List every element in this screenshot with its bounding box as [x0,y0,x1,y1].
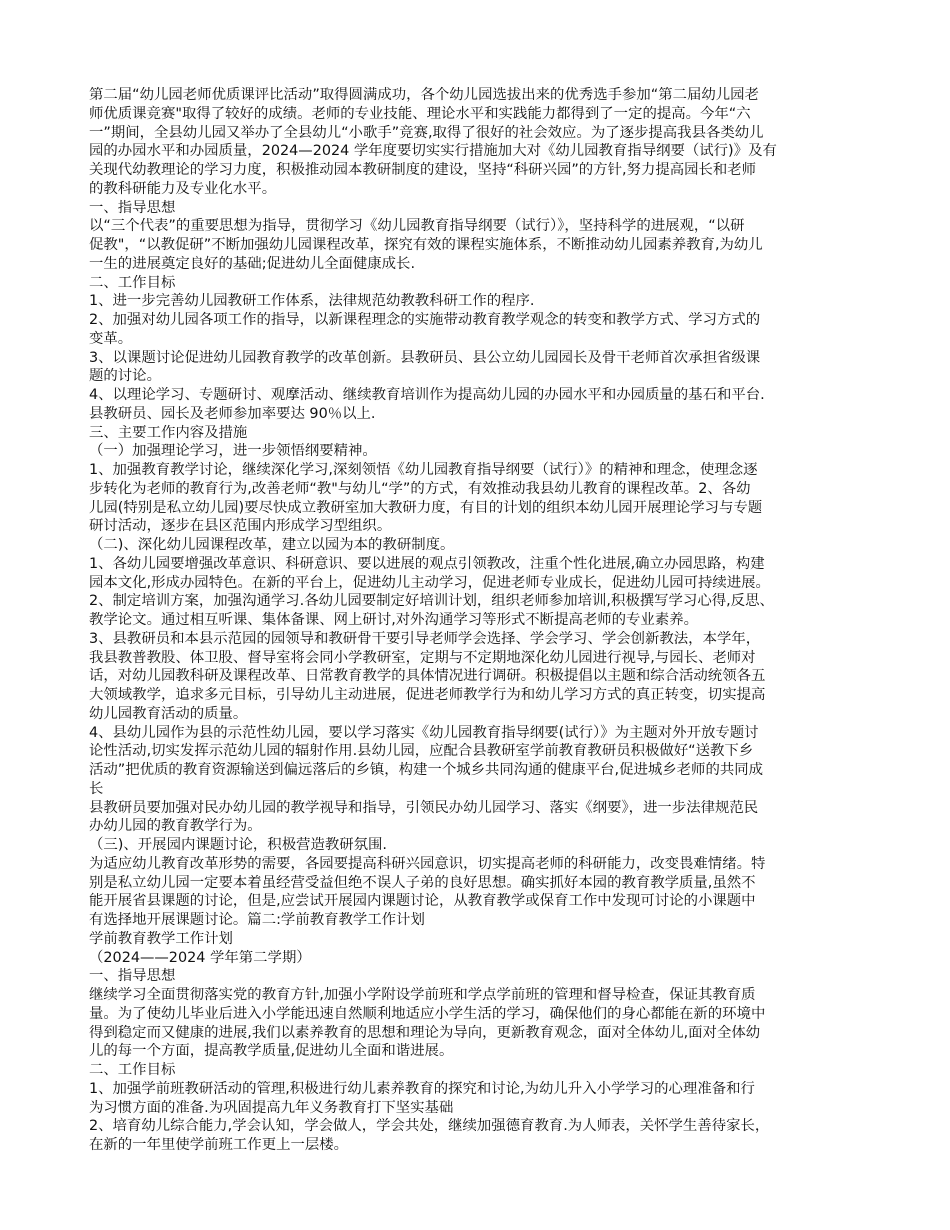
document-subtitle: （2024——2024 学年第二学期） [89,949,861,968]
section-heading: 二、工作目标 [89,274,861,293]
body-paragraph: 4、以理论学习、专题研讨、观摩活动、继续教育培训作为提高幼儿园的办园水平和办园质… [89,386,861,424]
body-paragraph: 1、进一步完善幼儿园教研工作体系，法律规范幼教教科研工作的程序. [89,292,861,311]
text-line: 1、进一步完善幼儿园教研工作体系，法律规范幼教教科研工作的程序. [89,292,861,311]
text-line: 步转化为老师的教育行为,改善老师“教"与幼儿“学”的方式，有效推动我县幼儿教育的… [89,480,861,499]
text-line: 为习惯方面的准备.为巩固提高九年义务教育打下坚实基础 [89,1099,861,1118]
text-line: 幼儿园教育活动的质量。 [89,705,861,724]
text-line: 学前教育教学工作计划 [89,930,861,949]
text-line: 1、加强学前班教研活动的管理,积极进行幼儿素养教育的探究和讨论,为幼儿升入小学学… [89,1080,861,1099]
text-line: 量。为了使幼儿毕业后进入小学能迅速自然顺利地适应小学生活的学习，确保他们的身心都… [89,1005,861,1024]
text-line: 大领域教学，追求多元目标，引导幼儿主动进展，促进老师教学行为和幼儿学习方式的真正… [89,686,861,705]
text-line: 1、加强教育教学讨论，继续深化学习,深刻领悟《幼儿园教育指导纲要（试行）》的精神… [89,461,861,480]
body-paragraph: 2、制定培训方案，加强沟通学习.各幼儿园要制定好培训计划，组织老师参加培训,积极… [89,592,861,630]
body-paragraph: 1、各幼儿园要增强改革意识、科研意识、要以进展的观点引领教改，注重个性化进展,确… [89,555,861,593]
text-line: 儿的每一个方面，提高教学质量,促进幼儿全面和谐进展。 [89,1042,861,1061]
text-line: 的教科研能力及专业化水平。 [89,180,861,199]
text-line: （一）加强理论学习，进一步领悟纲要精神。 [89,442,861,461]
text-line: 长 [89,780,861,799]
document-title: 学前教育教学工作计划 [89,930,861,949]
text-line: 园的办园水平和办园质量，2024—2024 学年度要切实实行措施加大对《幼儿园教… [89,142,861,161]
text-line: 3、以课题讨论促进幼儿园教育教学的改革创新。县教研员、县公立幼儿园园长及骨干老师… [89,349,861,368]
text-line: 2、加强对幼儿园各项工作的指导，以新课程理念的实施带动教育教学观念的转变和教学方… [89,311,861,330]
body-paragraph: 为适应幼儿教育改革形势的需要，各园要提高科研兴园意识，切实提高老师的科研能力，改… [89,855,861,930]
text-line: 论性活动,切实发挥示范幼儿园的辐射作用.县幼儿园，应配合县教研室学前教育教研员积… [89,742,861,761]
text-line: 以“三个代表”的重要思想为指导，贯彻学习《幼儿园教育指导纲要（试行）》，坚持科学… [89,217,861,236]
text-line: 4、县幼儿园作为县的示范性幼儿园，要以学习落实《幼儿园教育指导纲要(试行）》为主… [89,724,861,743]
body-paragraph: 县教研员要加强对民办幼儿园的教学视导和指导，引领民办幼儿园学习、落实《纲要》，进… [89,799,861,837]
text-line: 3、县教研员和本县示范园的园领导和教研骨干要引导老师学会选择、学会学习、学会创新… [89,630,861,649]
text-line: 二、工作目标 [89,274,861,293]
text-line: 1、各幼儿园要增强改革意识、科研意识、要以进展的观点引领教改，注重个性化进展,确… [89,555,861,574]
text-line: （三)、开展园内课题讨论，积极营造教研氛围. [89,836,861,855]
text-line: 话，对幼儿园教科研及课程改革、日常教育教学的具体情况进行调研。积极提倡以主题和综… [89,667,861,686]
body-paragraph: 2、培育幼儿综合能力,学会认知，学会做人，学会共处，继续加强德育教育.为人师表，… [89,1117,861,1155]
subsection-heading: （一）加强理论学习，进一步领悟纲要精神。 [89,442,861,461]
text-line: 关现代幼教理论的学习力度，积极推动园本教研制度的建设，坚持“科研兴园”的方针,努… [89,161,861,180]
text-line: 一”期间，全县幼儿园又举办了全县幼儿“小歌手”竞赛,取得了很好的社会效应。为了逐… [89,124,861,143]
section-heading: 二、工作目标 [89,1061,861,1080]
section-heading: 一、指导思想 [89,199,861,218]
text-line: 研讨活动，逐步在县区范围内形成学习型组织。 [89,517,861,536]
text-line: 4、以理论学习、专题研讨、观摩活动、继续教育培训作为提高幼儿园的办园水平和办园质… [89,386,861,405]
text-line: 县教研员要加强对民办幼儿园的教学视导和指导，引领民办幼儿园学习、落实《纲要》，进… [89,799,861,818]
body-paragraph: 第二届“幼儿园老师优质课评比活动”取得圆满成功，各个幼儿园选拔出来的优秀选手参加… [89,86,861,199]
text-line: 我县教普教股、体卫股、督导室将会同小学教研室，定期与不定期地深化幼儿园进行视导,… [89,649,861,668]
body-paragraph: 以“三个代表”的重要思想为指导，贯彻学习《幼儿园教育指导纲要（试行）》，坚持科学… [89,217,861,273]
document-page: 第二届“幼儿园老师优质课评比活动”取得圆满成功，各个幼儿园选拔出来的优秀选手参加… [89,86,861,1155]
text-line: 二、工作目标 [89,1061,861,1080]
body-paragraph: 1、加强学前班教研活动的管理,积极进行幼儿素养教育的探究和讨论,为幼儿升入小学学… [89,1080,861,1118]
text-line: 在新的一年里使学前班工作更上一层楼。 [89,1136,861,1155]
text-line: 一、指导思想 [89,967,861,986]
section-heading: 三、主要工作内容及措施 [89,424,861,443]
body-paragraph: 继续学习全面贯彻落实党的教育方针,加强小学附设学前班和学点学前班的管理和督导检查… [89,986,861,1061]
text-line: 一生的进展奠定良好的基础;促进幼儿全面健康成长. [89,255,861,274]
text-line: 活动”把优质的教育资源输送到偏远落后的乡镇，构建一个城乡共同沟通的健康平台,促进… [89,761,861,780]
text-line: 儿园(特别是私立幼儿园)要尽快成立教研室加大教研力度，有目的计划的组织本幼儿园开… [89,499,861,518]
body-paragraph: 1、加强教育教学讨论，继续深化学习,深刻领悟《幼儿园教育指导纲要（试行）》的精神… [89,461,861,536]
body-paragraph: 3、县教研员和本县示范园的园领导和教研骨干要引导老师学会选择、学会学习、学会创新… [89,630,861,724]
text-line: 办幼儿园的教育教学行为。 [89,817,861,836]
text-line: 变革。 [89,330,861,349]
text-line: 能开展省县课题的讨论，但是,应尝试开展园内课题讨论，从教育教学或保育工作中发现可… [89,892,861,911]
text-line: 继续学习全面贯彻落实党的教育方针,加强小学附设学前班和学点学前班的管理和督导检查… [89,986,861,1005]
text-line: 三、主要工作内容及措施 [89,424,861,443]
text-line: 题的讨论。 [89,367,861,386]
text-line: 得到稳定而又健康的进展,我们以素养教育的思想和理论为导向，更新教育观念，面对全体… [89,1024,861,1043]
section-heading: 一、指导思想 [89,967,861,986]
text-line: 促教"，“以教促研”不断加强幼儿园课程改革，探究有效的课程实施体系，不断推动幼儿… [89,236,861,255]
text-line: 县教研员、园长及老师参加率要达 90％以上. [89,405,861,424]
text-line: 有选择地开展课题讨论。篇二:学前教育教学工作计划 [89,911,861,930]
text-line: 一、指导思想 [89,199,861,218]
body-paragraph: 4、县幼儿园作为县的示范性幼儿园，要以学习落实《幼儿园教育指导纲要(试行）》为主… [89,724,861,799]
text-line: 师优质课竞赛"取得了较好的成绩。老师的专业技能、理论水平和实践能力都得到了一定的… [89,105,861,124]
subsection-heading: （二)、深化幼儿园课程改革，建立以园为本的教研制度。 [89,536,861,555]
text-line: 2、培育幼儿综合能力,学会认知，学会做人，学会共处，继续加强德育教育.为人师表，… [89,1117,861,1136]
text-line: 教学论文。通过相互听课、集体备课、网上研讨,对外沟通学习等形式不断提高老师的专业… [89,611,861,630]
text-line: 园本文化,形成办园特色。在新的平台上，促进幼儿主动学习，促进老师专业成长，促进幼… [89,574,861,593]
body-paragraph: 2、加强对幼儿园各项工作的指导，以新课程理念的实施带动教育教学观念的转变和教学方… [89,311,861,349]
body-paragraph: 3、以课题讨论促进幼儿园教育教学的改革创新。县教研员、县公立幼儿园园长及骨干老师… [89,349,861,387]
text-line: 2、制定培训方案，加强沟通学习.各幼儿园要制定好培训计划，组织老师参加培训,积极… [89,592,861,611]
text-line: （二)、深化幼儿园课程改革，建立以园为本的教研制度。 [89,536,861,555]
subsection-heading: （三)、开展园内课题讨论，积极营造教研氛围. [89,836,861,855]
text-line: （2024——2024 学年第二学期） [89,949,861,968]
text-line: 第二届“幼儿园老师优质课评比活动”取得圆满成功，各个幼儿园选拔出来的优秀选手参加… [89,86,861,105]
text-line: 为适应幼儿教育改革形势的需要，各园要提高科研兴园意识，切实提高老师的科研能力，改… [89,855,861,874]
text-line: 别是私立幼儿园一定要本着虽经营受益但绝不误人子弟的良好思想。确实抓好本园的教育教… [89,874,861,893]
